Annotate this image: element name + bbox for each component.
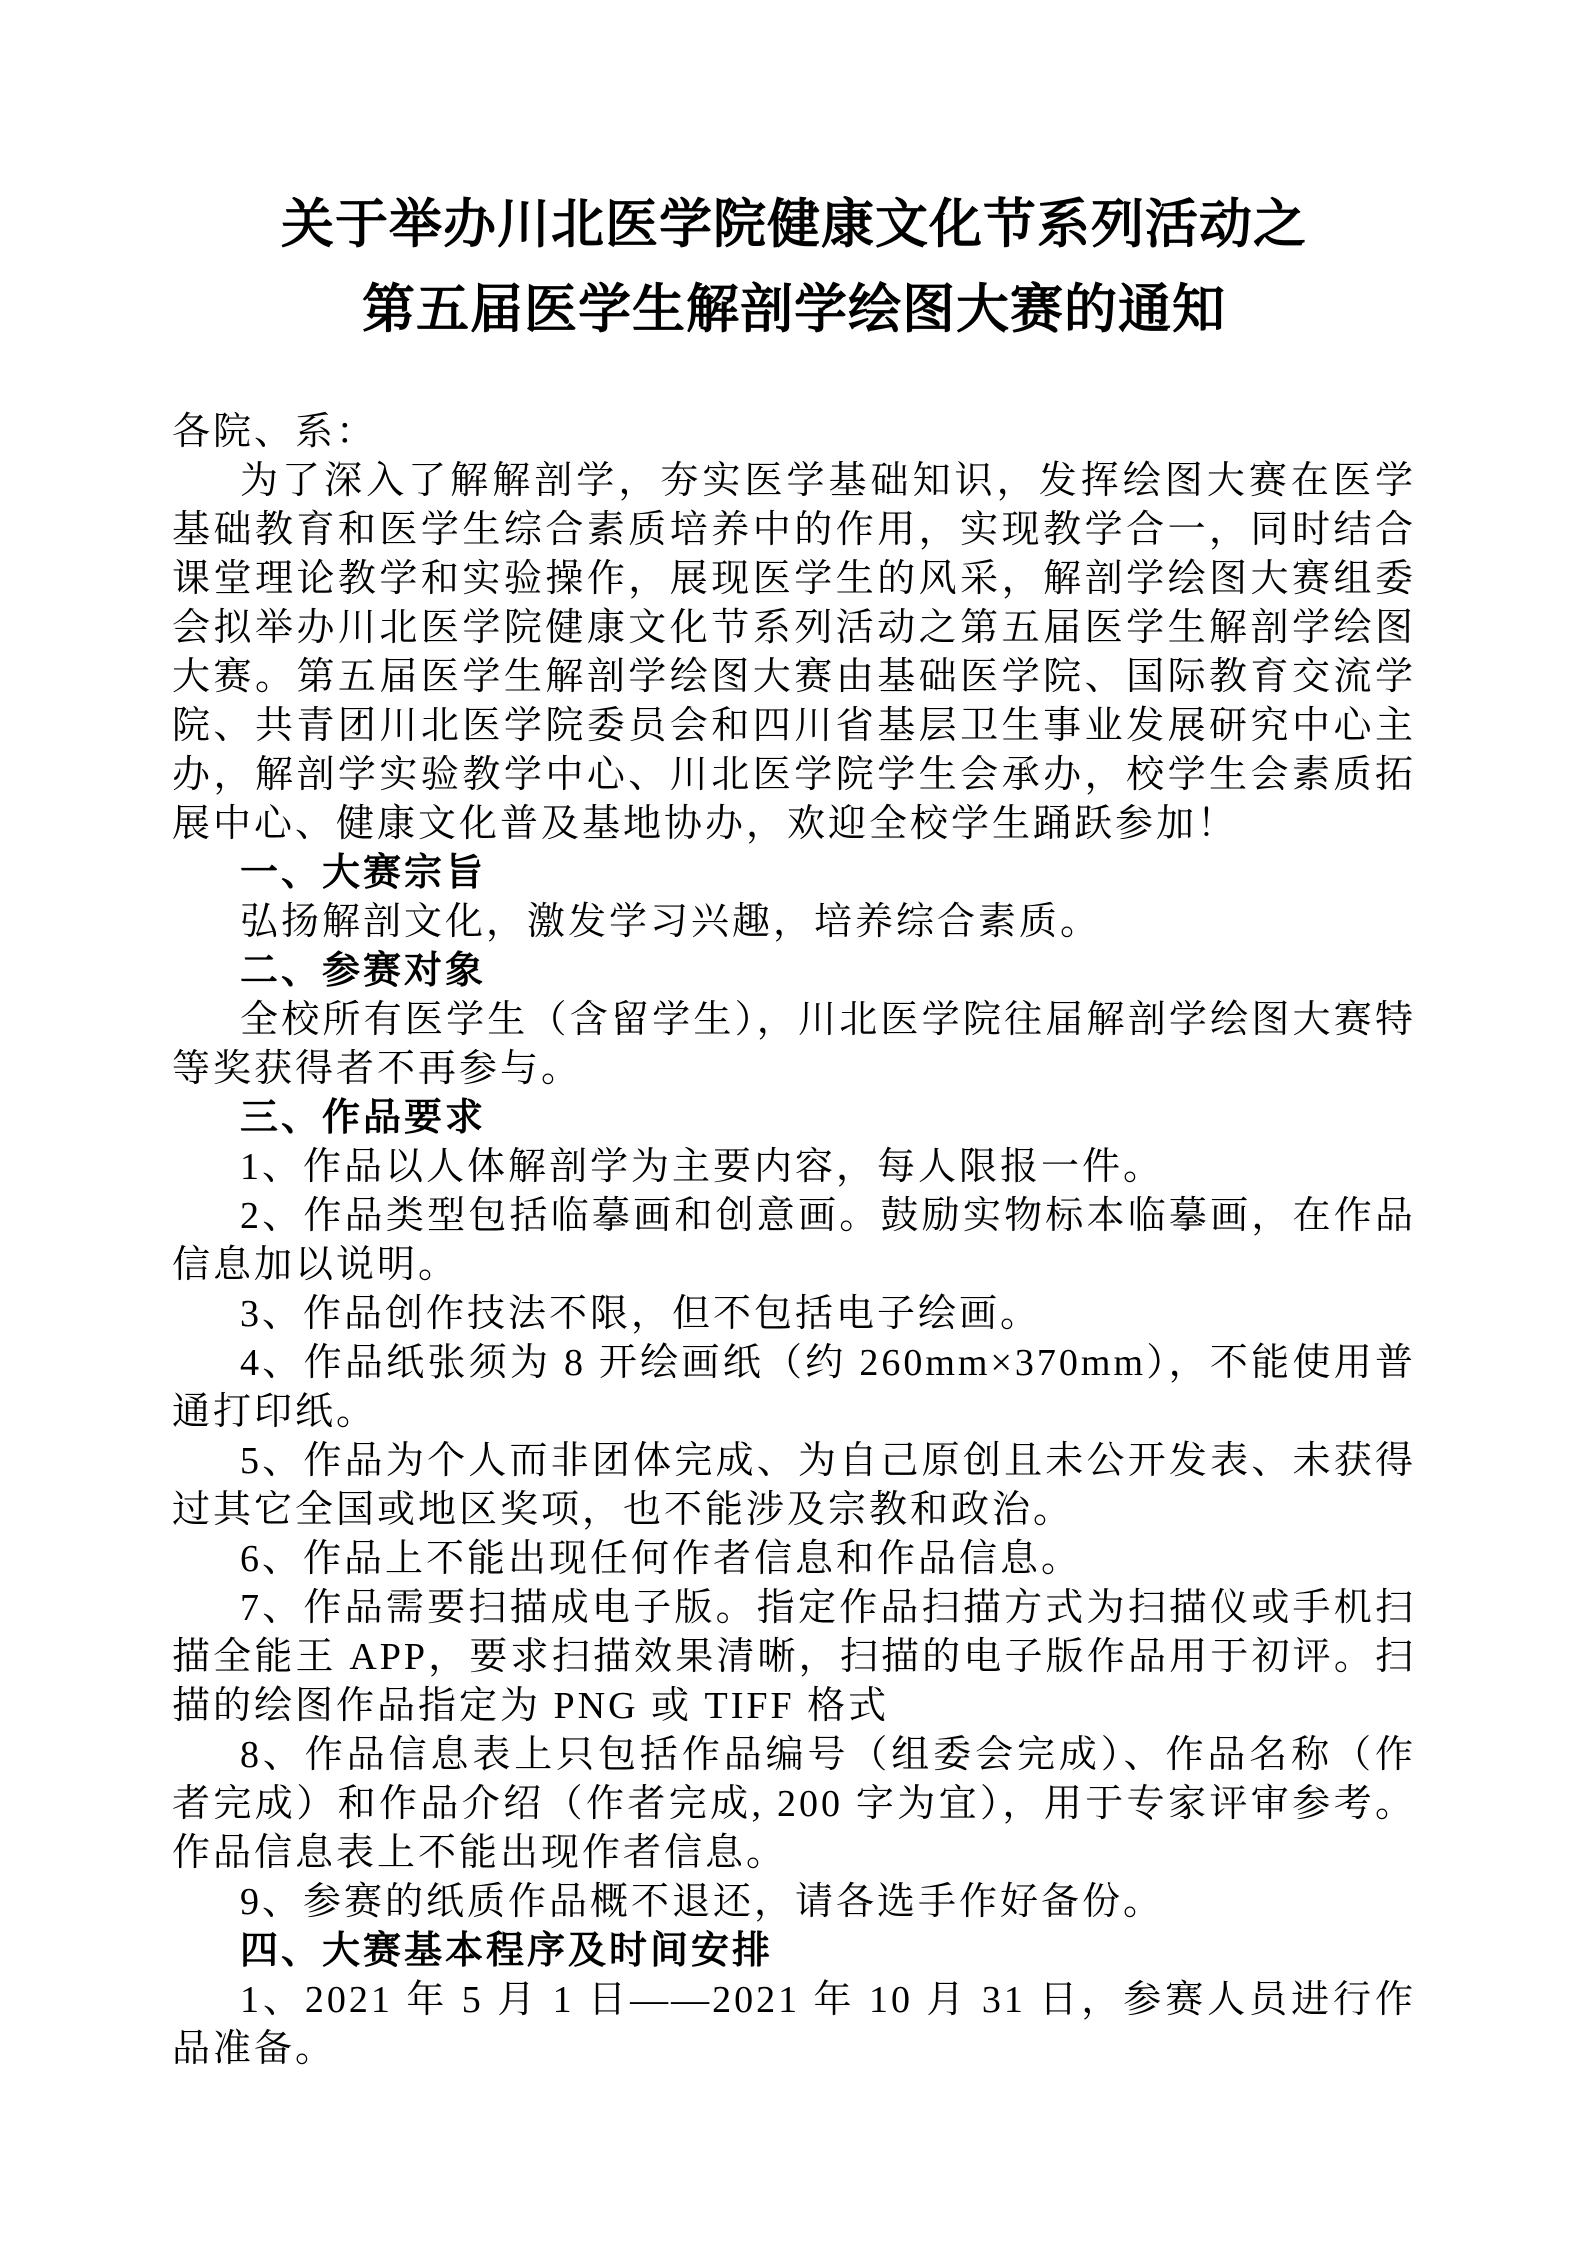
section-1-heading: 一、大赛宗旨 <box>172 849 1416 898</box>
intro-paragraph: 为了深入了解解剖学，夯实医学基础知识，发挥绘图大赛在医学基础教育和医学生综合素质… <box>172 457 1416 849</box>
requirement-item-6: 6、作品上不能出现任何作者信息和作品信息。 <box>172 1535 1416 1584</box>
section-2-heading: 二、参赛对象 <box>172 947 1416 996</box>
schedule-item-1: 1、2021 年 5 月 1 日——2021 年 10 月 31 日，参赛人员进… <box>172 1976 1416 2074</box>
document-page: 关于举办川北医学院健康文化节系列活动之 第五届医学生解剖学绘图大赛的通知 各院、… <box>0 0 1586 2245</box>
requirement-item-2: 2、作品类型包括临摹画和创意画。鼓励实物标本临摹画，在作品信息加以说明。 <box>172 1192 1416 1290</box>
requirement-item-4: 4、作品纸张须为 8 开绘画纸（约 260mm×370mm），不能使用普通打印纸… <box>172 1339 1416 1437</box>
requirement-item-9: 9、参赛的纸质作品概不退还，请各选手作好备份。 <box>172 1878 1416 1927</box>
document-body: 各院、系： 为了深入了解解剖学，夯实医学基础知识，发挥绘图大赛在医学基础教育和医… <box>172 408 1416 2074</box>
title-line-1: 关于举办川北医学院健康文化节系列活动之 <box>172 182 1416 267</box>
section-3-heading: 三、作品要求 <box>172 1094 1416 1143</box>
requirement-item-7: 7、作品需要扫描成电子版。指定作品扫描方式为扫描仪或手机扫描全能王 APP，要求… <box>172 1584 1416 1731</box>
section-1-text: 弘扬解剖文化，激发学习兴趣，培养综合素质。 <box>172 898 1416 947</box>
requirement-item-5: 5、作品为个人而非团体完成、为自己原创且未公开发表、未获得过其它全国或地区奖项，… <box>172 1437 1416 1535</box>
section-2-text: 全校所有医学生（含留学生），川北医学院往届解剖学绘图大赛特等奖获得者不再参与。 <box>172 996 1416 1094</box>
requirement-item-3: 3、作品创作技法不限，但不包括电子绘画。 <box>172 1290 1416 1339</box>
document-title: 关于举办川北医学院健康文化节系列活动之 第五届医学生解剖学绘图大赛的通知 <box>172 182 1416 352</box>
section-4-heading: 四、大赛基本程序及时间安排 <box>172 1927 1416 1976</box>
requirement-item-8: 8、作品信息表上只包括作品编号（组委会完成）、作品名称（作者完成）和作品介绍（作… <box>172 1731 1416 1878</box>
salutation: 各院、系： <box>172 408 1416 457</box>
title-line-2: 第五届医学生解剖学绘图大赛的通知 <box>172 267 1416 352</box>
requirement-item-1: 1、作品以人体解剖学为主要内容，每人限报一件。 <box>172 1143 1416 1192</box>
